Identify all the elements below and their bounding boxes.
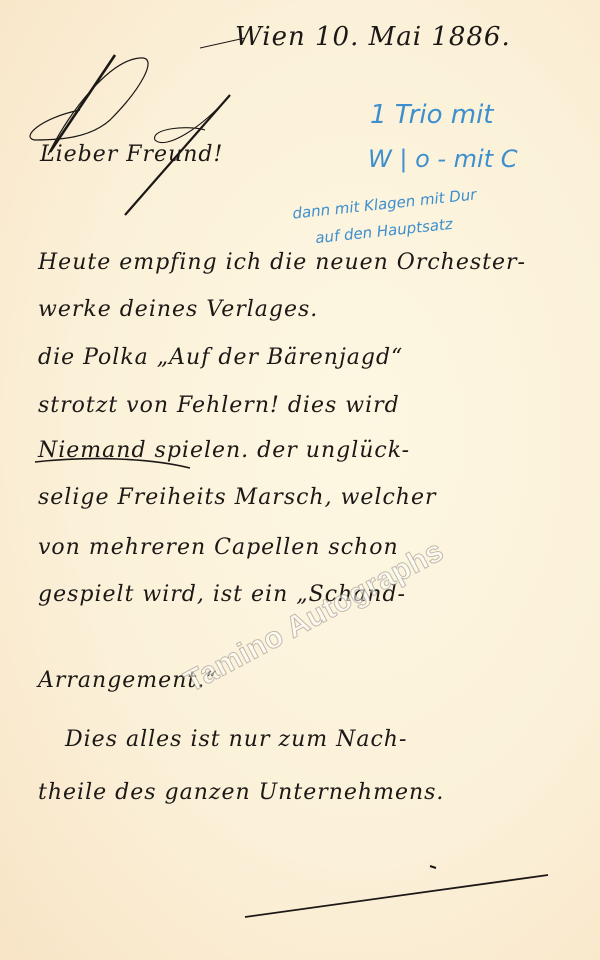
- body-line-5: Niemand spielen. der unglück-: [38, 438, 410, 463]
- letter-page: Wien 10. Mai 1886. Lieber Freund! 1 Trio…: [0, 0, 600, 960]
- pencil-annotation-line-1: 1 Trio mit: [370, 100, 494, 130]
- salutation: Lieber Freund!: [40, 142, 223, 167]
- body-line-1: Heute empfing ich die neuen Orchester-: [38, 250, 526, 275]
- pencil-annotation-line-2: W | o - mit C: [368, 145, 518, 173]
- body-line-11: theile des ganzen Unternehmens.: [38, 780, 444, 805]
- body-line-10: Dies alles ist nur zum Nach-: [65, 727, 407, 752]
- body-line-7: von mehreren Capellen schon: [38, 535, 399, 560]
- dateline: Wien 10. Mai 1886.: [235, 22, 511, 52]
- body-line-2: werke deines Verlages.: [38, 297, 318, 322]
- body-line-6: selige Freiheits Marsch, welcher: [38, 485, 437, 510]
- body-line-3: die Polka „Auf der Bärenjagd“: [38, 345, 403, 370]
- body-line-4: strotzt von Fehlern! dies wird: [38, 393, 400, 418]
